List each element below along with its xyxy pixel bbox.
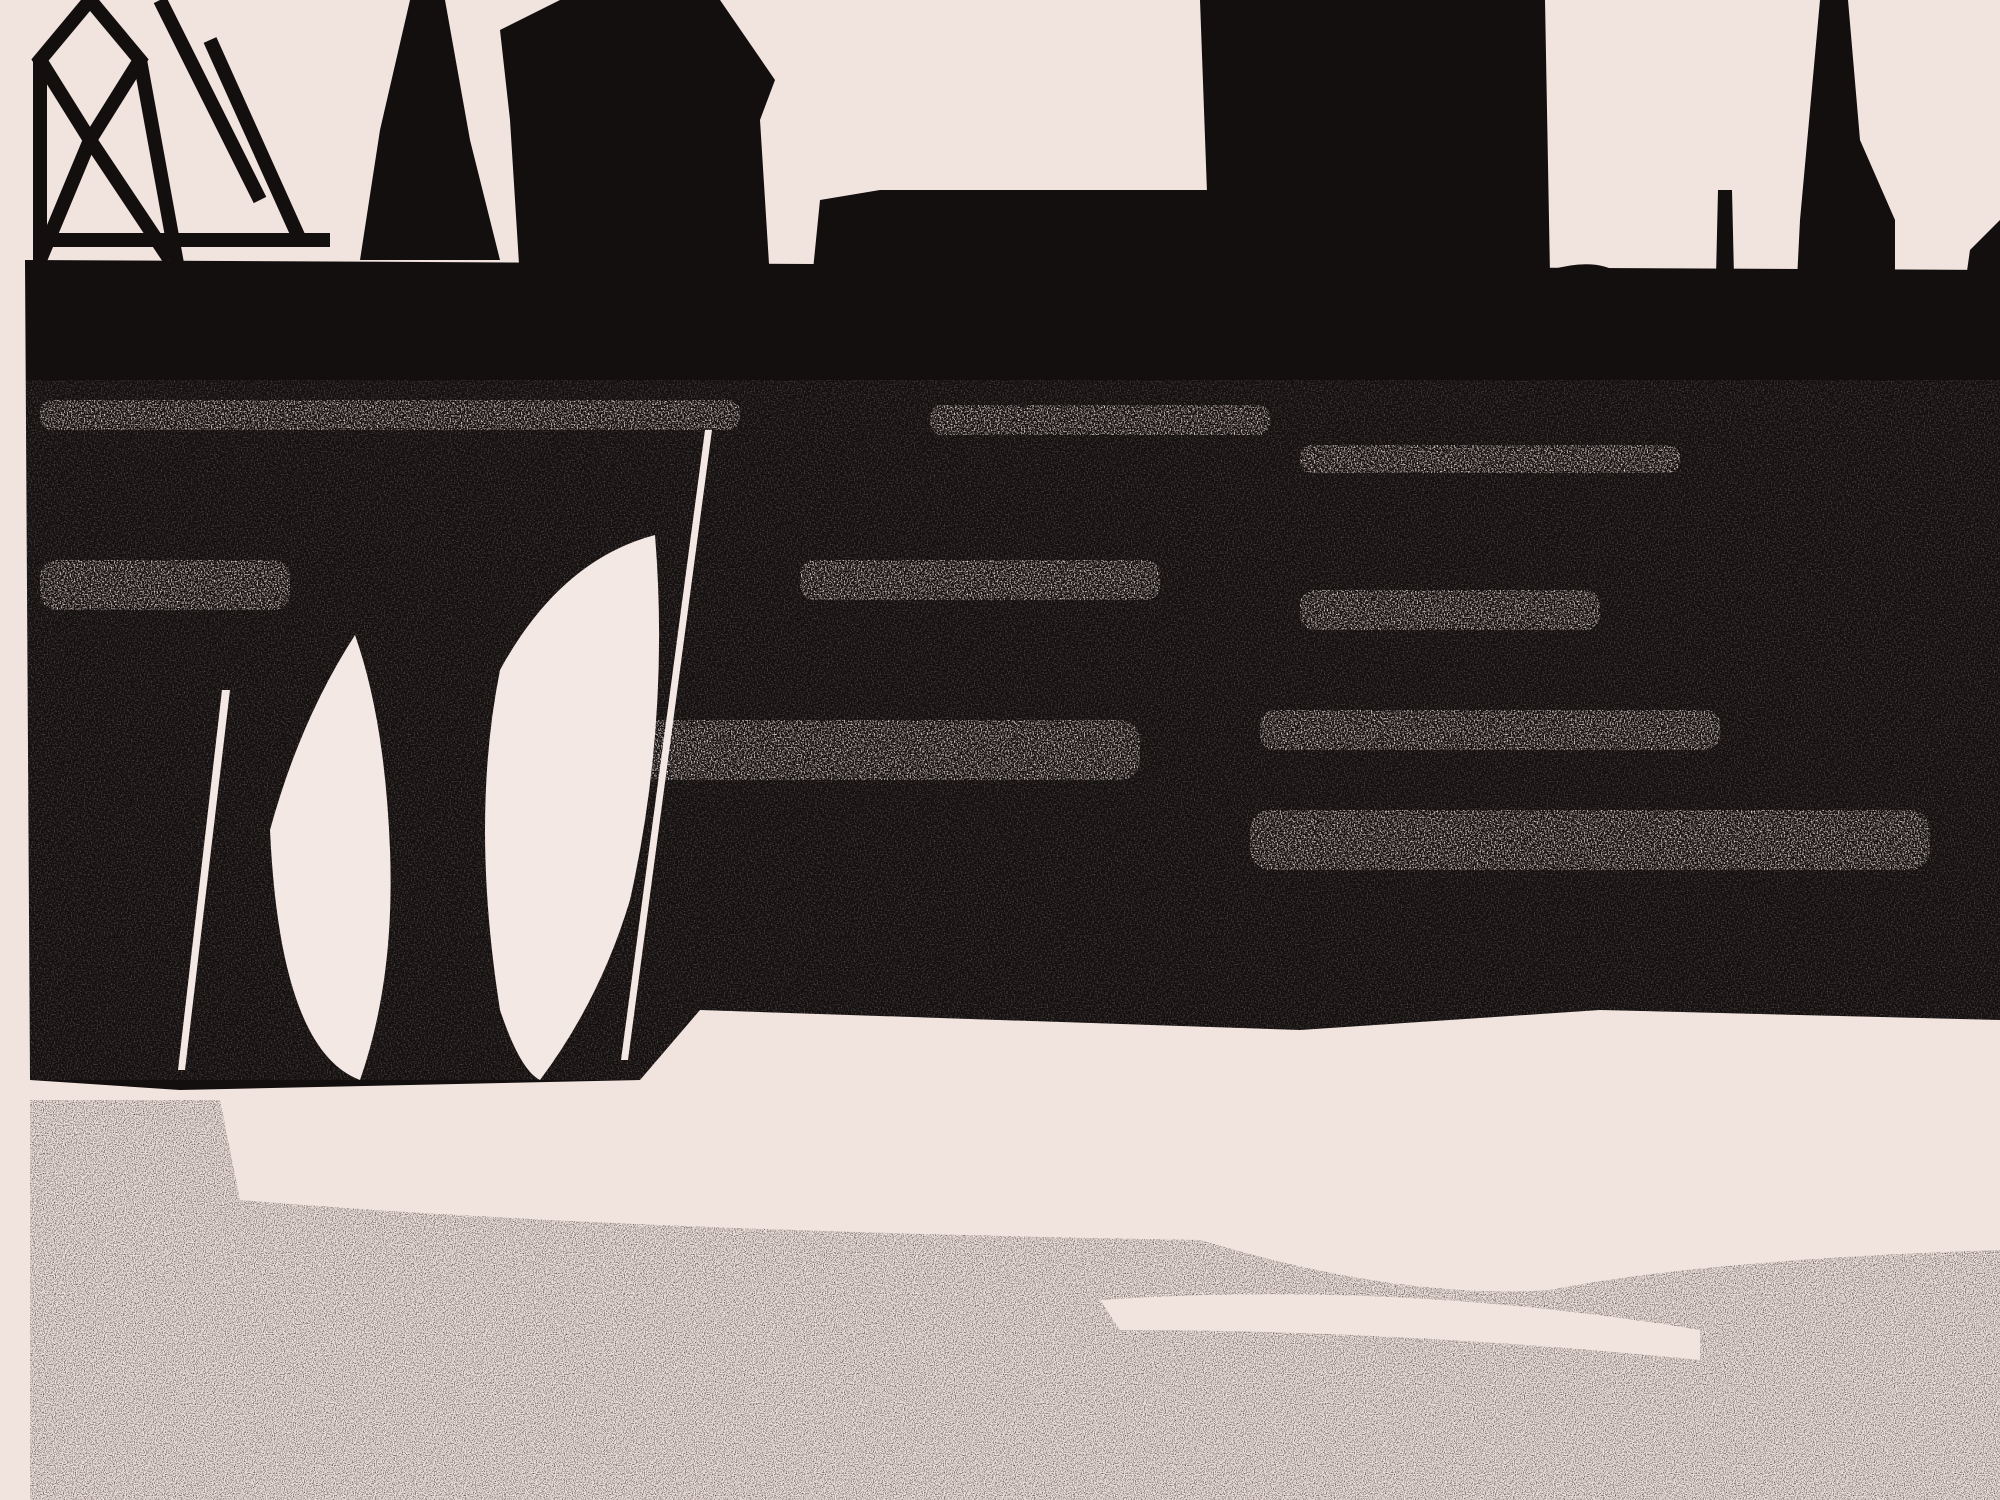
water <box>30 1100 2000 1500</box>
artwork-canvas <box>0 0 2000 1500</box>
print-grain-overlay <box>0 380 2000 1080</box>
